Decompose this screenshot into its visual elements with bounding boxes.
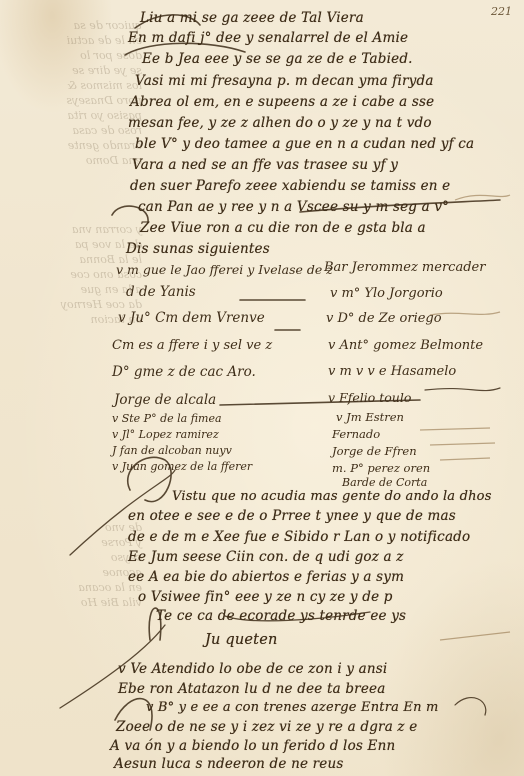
text-line: Vasi mi mi fresayna p. m decan yma firyd… <box>135 73 434 89</box>
text-line: o Vsiwee fin° eee y ze n cy ze y de p <box>138 589 393 605</box>
text-line: den suer Parefo zeee xabiendu se tamiss … <box>130 178 450 194</box>
bleed-line: se ye dire se <box>22 63 142 78</box>
text-line: v Ve Atendido lo obe de ce zon i y ansi <box>118 661 387 677</box>
bleed-line: y corran vna <box>22 222 142 237</box>
bleed-line: vila Bie Ho <box>22 595 142 610</box>
bleed-line: orando gente <box>22 138 142 153</box>
name-entry: v D° de Ze oriego <box>326 311 442 326</box>
text-line: Te ce ca de ecorade ys tenrde ee ys <box>156 608 406 624</box>
text-line: Ee Jum seese Ciin con. de q udi goz a z <box>128 549 404 565</box>
text-line: Ee b Jea eee y se se ga ze de e Tabied. <box>142 51 413 67</box>
name-entry: v Jl° Lopez ramirez <box>112 428 219 441</box>
bleed-line: en la ocana <box>22 580 142 595</box>
name-entry: v Ffelio toulo <box>328 390 411 405</box>
bleed-line: y Porse <box>22 535 142 550</box>
name-entry: v Ste P° de la fimea <box>112 412 222 425</box>
text-line: mesan fee, y ze z alhen do o y ze y na t… <box>128 115 432 131</box>
text-line: ee A ea bie do abiertos e ferias y a sym <box>128 569 404 585</box>
bleed-line: de vno <box>22 520 142 535</box>
bleed-line: ena Domo <box>22 153 142 168</box>
text-line: v B° y e ee a con trenes azerge Entra En… <box>146 700 439 715</box>
bleed-line: quicor de sa <box>22 18 142 33</box>
section-heading: Dis sunas siguientes <box>126 241 270 257</box>
bleed-line: los mismos & <box>22 78 142 93</box>
text-line: Ebe ron Atatazon lu d ne dee ta breea <box>118 681 385 697</box>
name-entry: m. P° perez oren <box>332 461 430 475</box>
text-line: En m dafi j° dee y senalarrel de el Amie <box>128 30 408 46</box>
text-line: de e de m e Xee fue e Sibido r Lan o y n… <box>128 529 470 545</box>
bleed-line: roso de casa <box>22 123 142 138</box>
bleed-line: dose por lo <box>22 48 142 63</box>
page-number: 221 <box>491 5 512 18</box>
name-entry: Jorge de Ffren <box>332 444 417 458</box>
name-entry: J fan de alcoban nuyv <box>112 444 232 457</box>
bleed-through-top: quicor de sa en le de actui dose por lo … <box>22 18 142 168</box>
text-line: Zoee o de ne se y i zez vi ze y re a dgr… <box>116 719 417 735</box>
bleed-line: pasiso yo rita <box>22 108 142 123</box>
name-entry: Bar Jerommez mercader <box>324 260 485 275</box>
name-entry: v m gue le Jao fferei y Ivelase de z <box>116 262 333 277</box>
name-entry: Cm es a ffere i y sel ve z <box>112 338 272 353</box>
text-line: Liu a mi se ga zeee de Tal Viera <box>140 10 364 26</box>
text-line: ble V° y deo tamee a gue en n a cudan ne… <box>135 136 474 152</box>
name-entry: Fernado <box>332 427 380 441</box>
bleed-line: poro Dnaseys <box>22 93 142 108</box>
text-line: A va ón y a biendo lo un ferido d los En… <box>110 738 395 754</box>
bleed-line: ceyso <box>22 550 142 565</box>
name-entry: v Ju° Cm dem Vrenve <box>118 310 265 326</box>
text-line: Aesun luca s ndeeron de ne reus <box>114 756 344 772</box>
text-line: can Pan ae y ree y n a Vscee su y m seg … <box>138 199 449 215</box>
name-entry: v m° Ylo Jorgorio <box>330 286 443 301</box>
text-line: Vara a ned se an ffe vas trasee su yf y <box>132 157 398 173</box>
name-entry: d de Yanis <box>126 284 196 300</box>
bleed-line: a la en gue <box>22 282 142 297</box>
signature-line: Ju queten <box>205 632 278 648</box>
name-entry: v Jm Estren <box>336 410 404 424</box>
text-line: Vistu que no acudia mas gente do ando la… <box>172 489 492 504</box>
manuscript-page: quicor de sa en le de actui dose por lo … <box>0 0 524 776</box>
name-entry: v m v v e Hasamelo <box>328 364 456 379</box>
text-line: en otee e see e de o Prree t ynee y que … <box>128 508 456 524</box>
text-line: Abrea ol em, en e supeens a ze i cabe a … <box>130 94 434 110</box>
bleed-line: en le de actui <box>22 33 142 48</box>
bleed-through-lower: de vno y Porse ceyso aconoe en la ocana … <box>22 520 142 610</box>
name-entry: v Juan gomez de la fferer <box>112 460 252 473</box>
bleed-line: de la voe pa <box>22 237 142 252</box>
name-entry: D° gme z de cac Aro. <box>112 364 256 380</box>
text-line: Zee Viue ron a cu die ron de e gsta bla … <box>140 220 426 236</box>
name-entry: Jorge de alcala <box>114 392 216 408</box>
name-entry: v Ant° gomez Belmonte <box>328 338 483 353</box>
bleed-line: aconoe <box>22 565 142 580</box>
name-entry: Barde de Corta <box>342 476 427 489</box>
